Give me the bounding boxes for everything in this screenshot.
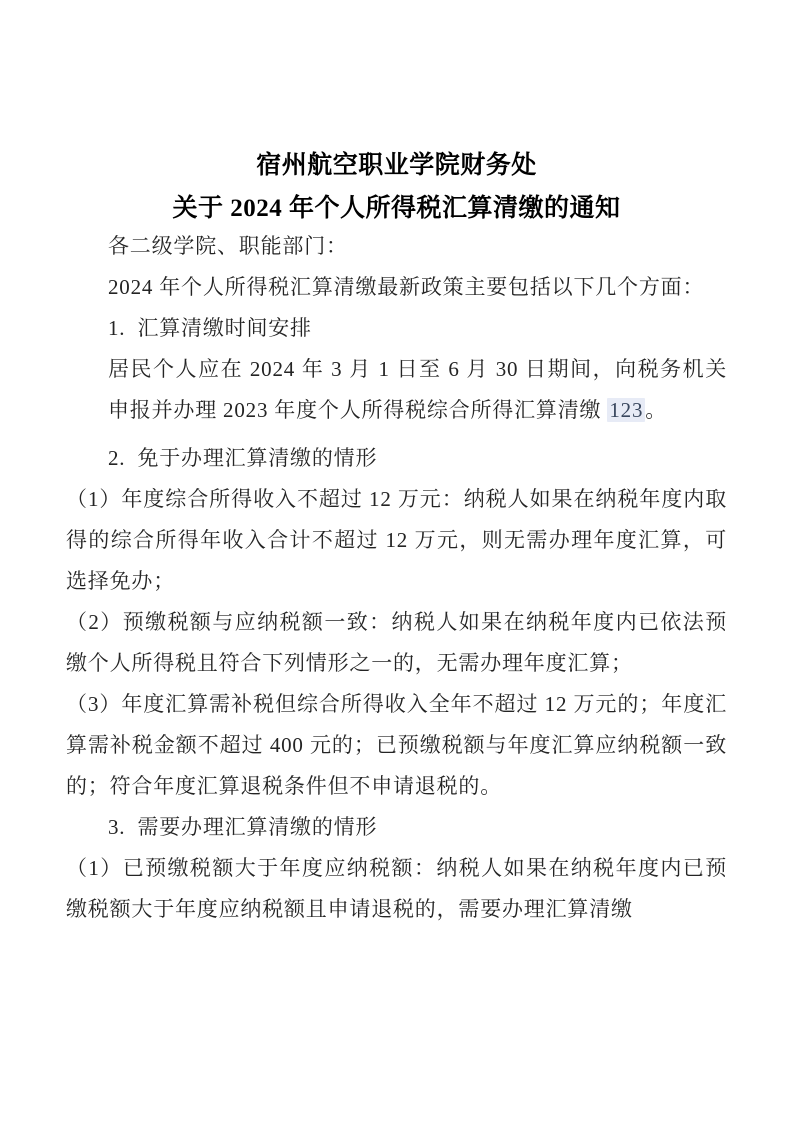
highlighted-field-value[interactable]: 123: [607, 398, 645, 422]
document-title: 宿州航空职业学院财务处: [66, 150, 727, 181]
section-2-item-1: （1）年度综合所得收入不超过 12 万元：纳税人如果在纳税年度内取得的综合所得年…: [66, 479, 727, 602]
section-2-heading: 2. 免于办理汇算清缴的情形: [66, 438, 727, 479]
section-2-item-2: （2）预缴税额与应纳税额一致：纳税人如果在纳税年度内已依法预缴个人所得税且符合下…: [66, 602, 727, 684]
document-page: 宿州航空职业学院财务处 关于 2024 年个人所得税汇算清缴的通知 各二级学院、…: [0, 0, 793, 1122]
section-3-heading: 3. 需要办理汇算清缴的情形: [66, 807, 727, 848]
document-subtitle: 关于 2024 年个人所得税汇算清缴的通知: [66, 193, 727, 224]
intro-paragraph: 2024 年个人所得税汇算清缴最新政策主要包括以下几个方面：: [66, 267, 727, 308]
section-1-heading: 1. 汇算清缴时间安排: [66, 308, 727, 349]
section-3-item-1: （1）已预缴税额大于年度应纳税额：纳税人如果在纳税年度内已预缴税额大于年度应纳税…: [66, 848, 727, 930]
section-1-body: 居民个人应在 2024 年 3 月 1 日至 6 月 30 日期间，向税务机关申…: [108, 349, 727, 431]
section-1-body-period: 。: [645, 398, 667, 422]
section-2-item-3: （3）年度汇算需补税但综合所得收入全年不超过 12 万元的；年度汇算需补税金额不…: [66, 684, 727, 807]
salutation-line: 各二级学院、职能部门：: [66, 226, 727, 267]
